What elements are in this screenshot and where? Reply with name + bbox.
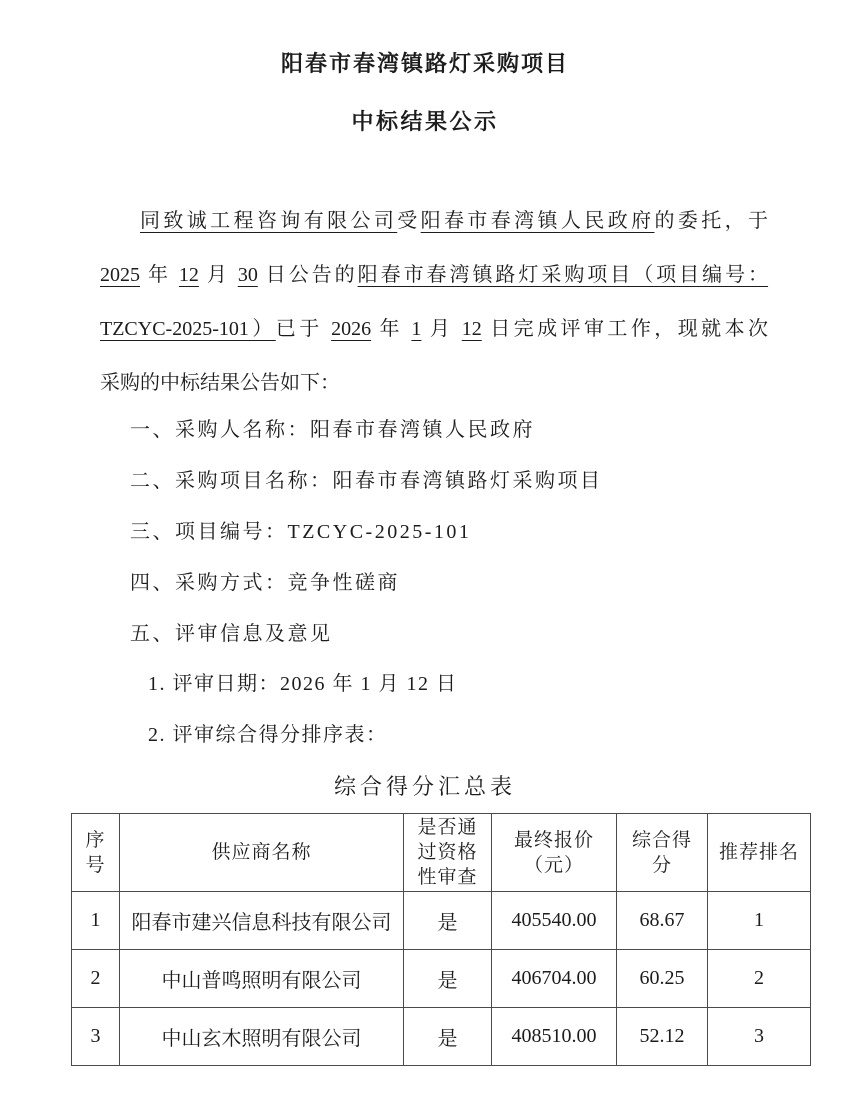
list-item-procurement-method: 四、采购方式：竞争性磋商 — [130, 558, 603, 609]
intro-paragraph: 同致诚工程咨询有限公司受阳春市春湾镇人民政府的委托，于 2025 年 12 月 … — [100, 194, 768, 410]
cell-seq-no: 2 — [72, 950, 120, 1008]
cell-supplier-name: 阳春市建兴信息科技有限公司 — [120, 892, 404, 950]
header-seq-no: 序号 — [72, 814, 120, 892]
underlined-month: 12 — [179, 264, 199, 286]
plain-text: 日公告的 — [258, 264, 358, 286]
header-rank: 推荐排名 — [708, 814, 811, 892]
plain-text: 的委托，于 — [654, 210, 768, 232]
cell-final-price: 405540.00 — [492, 892, 617, 950]
paragraph-line-3: TZCYC-2025-101）已于 2026 年 1 月 12 日完成评审工作，… — [100, 302, 768, 356]
table-row: 3 中山玄木照明有限公司 是 408510.00 52.12 3 — [72, 1008, 811, 1066]
cell-total-score: 68.67 — [617, 892, 708, 950]
cell-qualification: 是 — [404, 892, 492, 950]
underlined-purchaser-name: 阳春市春湾镇人民政府 — [421, 210, 655, 232]
page-subtitle: 中标结果公示 — [0, 108, 850, 136]
cell-qualification: 是 — [404, 1008, 492, 1066]
numbered-items: 一、采购人名称：阳春市春湾镇人民政府 二、采购项目名称：阳春市春湾镇路灯采购项目… — [130, 405, 603, 660]
subitem-score-ranking: 2. 评审综合得分排序表： — [148, 710, 458, 761]
underlined-day: 12 — [462, 318, 482, 340]
underlined-year: 2025 — [100, 264, 140, 286]
cell-seq-no: 3 — [72, 1008, 120, 1066]
underlined-year: 2026 — [331, 318, 371, 340]
plain-text: 日完成评审工作，现就本次 — [482, 318, 768, 340]
page-title: 阳春市春湾镇路灯采购项目 — [0, 50, 850, 78]
cell-final-price: 406704.00 — [492, 950, 617, 1008]
list-item-project-name: 二、采购项目名称：阳春市春湾镇路灯采购项目 — [130, 456, 603, 507]
paragraph-line-1: 同致诚工程咨询有限公司受阳春市春湾镇人民政府的委托，于 — [100, 194, 768, 248]
paragraph-line-4: 采购的中标结果公告如下： — [100, 356, 768, 410]
header-qualification: 是否通过资格性审查 — [404, 814, 492, 892]
table-header-row: 序号 供应商名称 是否通过资格性审查 最终报价（元） 综合得分 推荐排名 — [72, 814, 811, 892]
paragraph-line-2: 2025 年 12 月 30 日公告的阳春市春湾镇路灯采购项目（项目编号： — [100, 248, 768, 302]
underlined-month: 1 — [411, 318, 421, 340]
table-row: 2 中山普鸣照明有限公司 是 406704.00 60.25 2 — [72, 950, 811, 1008]
underlined-project-name: 阳春市春湾镇路灯采购项目（项目编号： — [358, 264, 768, 286]
table-title: 综合得分汇总表 — [0, 771, 850, 803]
cell-total-score: 52.12 — [617, 1008, 708, 1066]
plain-text: 月 — [199, 264, 238, 286]
cell-total-score: 60.25 — [617, 950, 708, 1008]
plain-text: 已于 — [276, 318, 331, 340]
table-row: 1 阳春市建兴信息科技有限公司 是 405540.00 68.67 1 — [72, 892, 811, 950]
cell-qualification: 是 — [404, 950, 492, 1008]
cell-supplier-name: 中山玄木照明有限公司 — [120, 1008, 404, 1066]
header-final-price: 最终报价（元） — [492, 814, 617, 892]
score-table: 序号 供应商名称 是否通过资格性审查 最终报价（元） 综合得分 推荐排名 1 阳… — [71, 813, 811, 1066]
list-item-review-info: 五、评审信息及意见 — [130, 609, 603, 660]
cell-rank: 2 — [708, 950, 811, 1008]
list-item-purchaser: 一、采购人名称：阳春市春湾镇人民政府 — [130, 405, 603, 456]
sub-items: 1. 评审日期：2026 年 1 月 12 日 2. 评审综合得分排序表： — [148, 659, 458, 761]
cell-rank: 3 — [708, 1008, 811, 1066]
plain-text: 年 — [140, 264, 179, 286]
plain-text: 采购的中标结果公告如下： — [100, 372, 340, 394]
underlined-agency-name: 同致诚工程咨询有限公司 — [140, 210, 397, 232]
plain-text: 年 — [371, 318, 411, 340]
cell-supplier-name: 中山普鸣照明有限公司 — [120, 950, 404, 1008]
document-page: 阳春市春湾镇路灯采购项目 中标结果公示 同致诚工程咨询有限公司受阳春市春湾镇人民… — [0, 0, 850, 1115]
plain-text: 月 — [421, 318, 461, 340]
cell-seq-no: 1 — [72, 892, 120, 950]
plain-text: 受 — [397, 210, 420, 232]
list-item-project-code: 三、项目编号：TZCYC-2025-101 — [130, 507, 603, 558]
cell-final-price: 408510.00 — [492, 1008, 617, 1066]
subitem-review-date: 1. 评审日期：2026 年 1 月 12 日 — [148, 659, 458, 710]
underlined-day: 30 — [238, 264, 258, 286]
underlined-project-code: TZCYC-2025-101） — [100, 318, 276, 340]
header-total-score: 综合得分 — [617, 814, 708, 892]
header-supplier-name: 供应商名称 — [120, 814, 404, 892]
cell-rank: 1 — [708, 892, 811, 950]
